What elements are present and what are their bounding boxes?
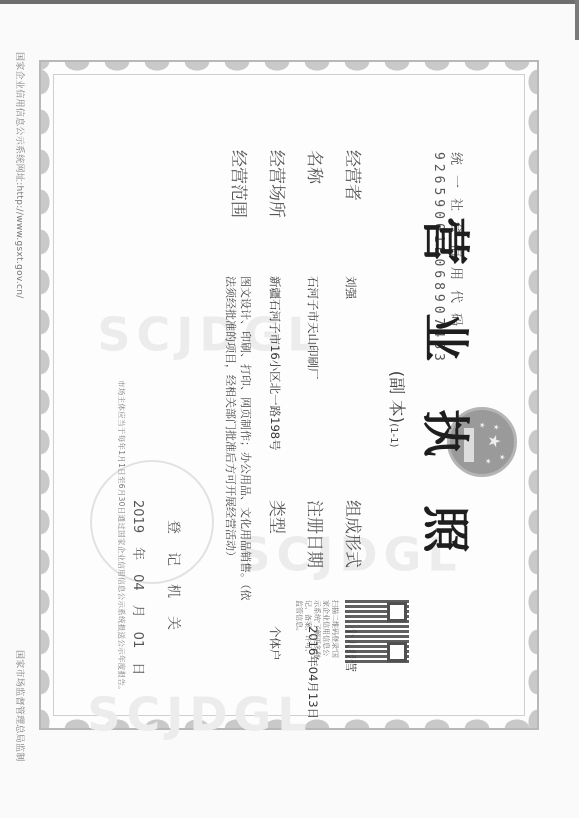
field-label: 经营场所	[266, 150, 291, 268]
official-seal	[90, 460, 214, 584]
field-value: 刘强	[343, 276, 359, 299]
field-value: 个体户	[267, 626, 283, 661]
field-label: 名称	[304, 150, 329, 268]
field-value: 石河子市天山印刷厂	[305, 276, 321, 380]
field-label: 经营范围	[228, 150, 253, 268]
field-name: 名称 石河子市天山印刷厂	[304, 150, 329, 380]
field-label: 经营者	[342, 150, 367, 268]
qr-code-icon[interactable]	[345, 600, 409, 664]
business-license: 国家企业信用信息公示系统网址:http://www.gsxt.gov.cn/ 国…	[0, 0, 579, 818]
field-type: 类型 个体户	[266, 500, 291, 661]
annual-report-note: 市场主体应当于每年1月1日至6月30日通过国家企业信用信息公示系统报送公示年度报…	[116, 380, 127, 694]
field-scope: 经营范围 图文设计、印刷、打印、网页制作；办公用品、文化用品销售。（依法须经批准…	[223, 150, 253, 606]
field-operator: 经营者 刘强	[342, 150, 367, 299]
footer-website: 国家企业信用信息公示系统网址:http://www.gsxt.gov.cn/	[14, 52, 27, 299]
license-subtitle: (副 本)(1-1)	[386, 0, 411, 818]
watermark: SCJDGL	[87, 688, 312, 742]
registration-authority-label: 登记机关	[164, 520, 184, 648]
qr-note: 扫描二维码登录'国家企业信用信息公示系统'了解更多登记、备案、许可、监管信息。	[294, 600, 339, 660]
license-title: 营业执照	[415, 0, 484, 818]
footer-supervisor: 国家市场监督管理总局监制	[14, 650, 27, 762]
issue-date: 2019年04月01日	[130, 500, 149, 689]
field-premises: 经营场所 新疆石河子市16小区北一路198号	[266, 150, 291, 451]
copy-index: (1-1)	[388, 423, 399, 447]
field-value: 新疆石河子市16小区北一路198号	[267, 276, 283, 451]
field-label: 类型	[266, 500, 291, 618]
field-value: 图文设计、印刷、打印、网页制作；办公用品、文化用品销售。（依法须经批准的项目，经…	[223, 276, 253, 606]
